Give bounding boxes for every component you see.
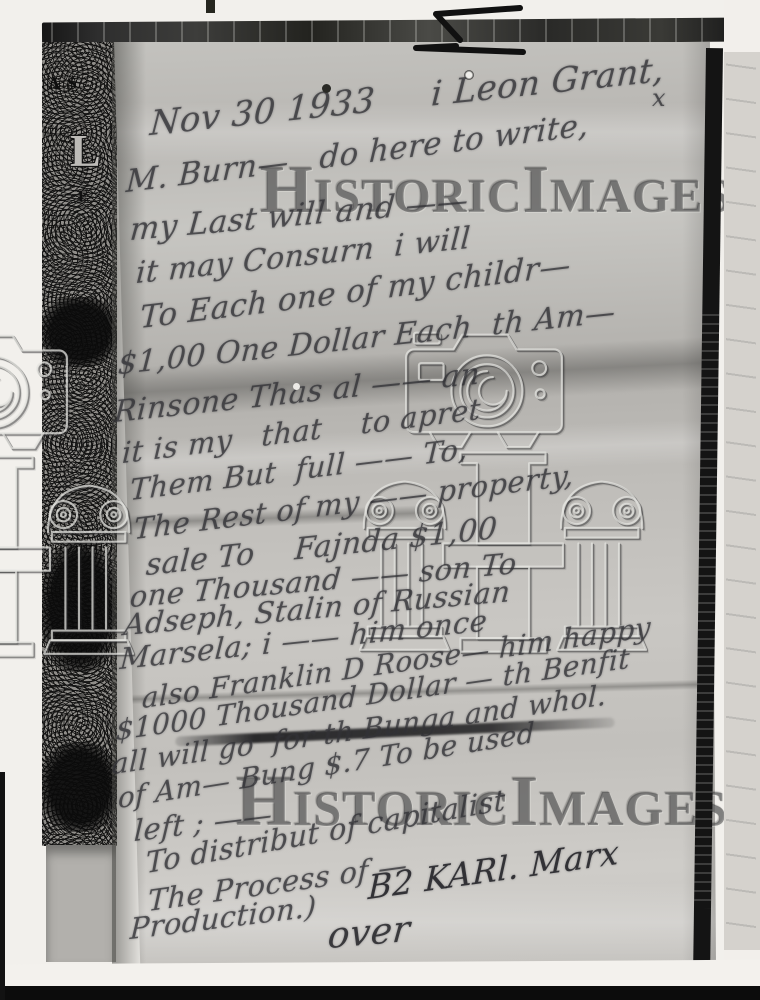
gray-strip-lower xyxy=(46,845,116,962)
paper-speck xyxy=(293,383,300,390)
columns-h-logo-icon xyxy=(0,452,135,670)
edge-paper-texture xyxy=(726,60,756,940)
photo-right-margin xyxy=(724,0,760,1000)
paper-mark xyxy=(322,84,331,93)
letter-x-mark: x xyxy=(652,84,666,112)
photo-bottom-border xyxy=(0,986,760,1000)
engraving-blotch xyxy=(42,742,117,832)
pen-mark xyxy=(408,2,533,62)
photo-left-edge-line xyxy=(0,772,5,1000)
strip-text-as: AS xyxy=(48,74,84,94)
paper-hole xyxy=(464,70,474,80)
strip-letter-e: E xyxy=(78,188,89,206)
strip-letter-l: L xyxy=(70,124,101,177)
letter-over-note: over xyxy=(326,909,412,958)
press-photo-of-handwritten-will: AS L E HistoricImages HistoricImages Nov… xyxy=(0,0,760,1000)
camera-icon xyxy=(0,313,73,451)
top-edge-mark xyxy=(206,0,215,13)
corner-white xyxy=(724,0,760,52)
